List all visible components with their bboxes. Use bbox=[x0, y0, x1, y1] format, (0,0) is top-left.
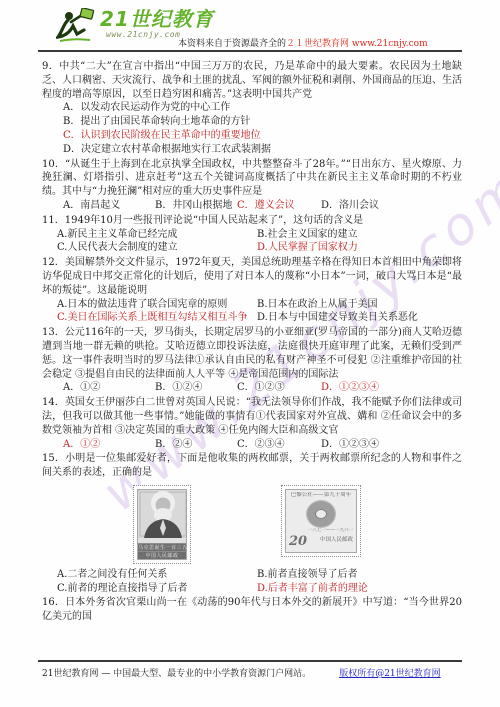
question-16: 16．日本外务省次官栗山尚一在《动荡的90年代与日本外交的新展开》中写道：“当今… bbox=[42, 596, 462, 624]
stamp-images: 马克思诞生一百三五周年 中国人民邮政 巴黎公社——第九十周年 一八七一——一九六… bbox=[42, 485, 462, 564]
question-15-options: A.二者之间没有任何关系 B.前者直接领导了后者 C.前者的理论直接指导了后者 … bbox=[42, 568, 462, 596]
question-number: 14． bbox=[42, 397, 65, 408]
question-number: 10． bbox=[42, 159, 65, 170]
question-text: 1949年10月一些报刊评论说“中国人民站起来了”，这句话的含义是 bbox=[65, 215, 363, 226]
question-text: 小明是一位集邮爱好者，下面是他收集的两枚邮票，关于两枚邮票所纪念的人物和事件之间… bbox=[42, 453, 462, 478]
question-11: 11．1949年10月一些报刊评论说“中国人民站起来了”，这句话的含义是 A.新… bbox=[42, 214, 462, 255]
wreath-emblem-icon bbox=[307, 501, 335, 527]
option-c: C．①②③ bbox=[237, 381, 321, 395]
stamp-marx-postal: 中国人民邮政 bbox=[138, 551, 186, 559]
option-b: B．井冈山根据地 bbox=[155, 199, 237, 213]
option-b: B.前者直接领导了后者 bbox=[257, 568, 462, 582]
option-b: B.社会主义国家的建立 bbox=[257, 228, 462, 242]
question-14-options: A．①② B．②④ C．②③④ D．①②③④ bbox=[42, 438, 462, 452]
option-c-answer: C．遵义会议 bbox=[237, 199, 321, 213]
question-number: 13． bbox=[42, 327, 65, 338]
question-13-stem: 13．公元116年的一天，罗马街头，长期定居罗马的小亚细亚(罗马帝国的一部分)商… bbox=[42, 326, 462, 381]
option-a: A．①② bbox=[63, 381, 155, 395]
question-list: 9．中共“二大”在宣言中指出“中国三万万的农民，乃是革命中的最大要素。农民因为土… bbox=[42, 60, 462, 625]
question-10: 10．“从诞生于上海到在北京执掌全国政权，中共整整奋斗了28年。”“日出东方、星… bbox=[42, 158, 462, 213]
option-b: B.日本在政治上从属于美国 bbox=[257, 298, 462, 312]
option-d: D.日本与中国建交导致美日关系恶化 bbox=[257, 311, 462, 325]
option-d-answer: D.后者丰富了前者的理论 bbox=[257, 582, 462, 596]
question-11-stem: 11．1949年10月一些报刊评论说“中国人民站起来了”，这句话的含义是 bbox=[42, 214, 462, 228]
question-13-options: A．①② B．①②④ C．①②③ D．①②③④ bbox=[42, 381, 462, 395]
option-a: A.二者之间没有任何关系 bbox=[57, 568, 257, 582]
runner-logo-icon bbox=[56, 8, 98, 46]
stamp-denomination: 20 bbox=[289, 535, 307, 548]
question-number: 9． bbox=[42, 61, 59, 72]
option-d-answer: D．①②③④ bbox=[321, 381, 462, 395]
question-text: 中共“二大”在宣言中指出“中国三万万的农民，乃是革命中的最大要素。农民因为土地缺… bbox=[42, 61, 462, 100]
option-a: A．以发动农民运动作为党的中心工作 bbox=[42, 101, 462, 115]
exam-page: www.21cnjy.com 21世纪教育 www.21cnjy.com 本资料… bbox=[0, 0, 500, 707]
option-b: B．①②④ bbox=[155, 381, 237, 395]
question-9-options: A．以发动农民运动作为党的中心工作 B．提出了由国民革命转向土地革命的方针 C．… bbox=[42, 101, 462, 156]
option-d-answer: D.人民掌握了国家权力 bbox=[257, 241, 462, 255]
notice-prefix: 本资料来自于资源最齐全的 bbox=[178, 39, 286, 49]
option-c: C．②③④ bbox=[237, 438, 321, 452]
question-10-stem: 10．“从诞生于上海到在北京执掌全国政权，中共整整奋斗了28年。”“日出东方、星… bbox=[42, 158, 462, 199]
question-12: 12．美国解禁外交文件显示，1972年夏天，美国总统助理基辛格在得知日本首相田中… bbox=[42, 256, 462, 325]
question-16-stem: 16．日本外务省次官栗山尚一在《动荡的90年代与日本外交的新展开》中写道：“当今… bbox=[42, 596, 462, 624]
option-d: D．决定建立农村革命根据地实行工农武装割据 bbox=[42, 143, 462, 157]
question-14-stem: 14．英国女王伊丽莎白二世曾对英国人民说：“我无法领导你们作战，我不能赋予你们法… bbox=[42, 396, 462, 437]
question-9: 9．中共“二大”在宣言中指出“中国三万万的农民，乃是革命中的最大要素。农民因为土… bbox=[42, 60, 462, 157]
question-15-stem: 15．小明是一位集邮爱好者，下面是他收集的两枚邮票，关于两枚邮票所纪念的人物和事… bbox=[42, 452, 462, 480]
stamp-marx-caption: 马克思诞生一百三五周年 bbox=[138, 543, 186, 551]
header-divider bbox=[38, 50, 462, 52]
option-b: B．提出了由国民革命转向土地革命的方针 bbox=[42, 115, 462, 129]
question-text: 美国解禁外交文件显示，1972年夏天，美国总统助理基辛格在得知日本首相田中角荣即… bbox=[42, 257, 462, 296]
option-d: D．洛川会议 bbox=[321, 199, 462, 213]
footer-copyright-link[interactable]: 版权所有@21世纪教育网 bbox=[339, 669, 440, 679]
question-number: 12． bbox=[42, 257, 65, 268]
option-d: D．①②③④ bbox=[321, 438, 462, 452]
question-text: 日本外务省次官栗山尚一在《动荡的90年代与日本外交的新展开》中写道：“当今世界2… bbox=[42, 597, 462, 622]
marx-portrait bbox=[138, 490, 187, 538]
option-a: A.日本的做法违背了联合国宪章的原则 bbox=[57, 298, 257, 312]
logo-text: 21世纪教育 www.21cnjy.com bbox=[100, 8, 214, 39]
option-c: C.前者的理论直接指导了后者 bbox=[57, 582, 257, 596]
option-b: B．②④ bbox=[155, 438, 237, 452]
question-10-options: A．南昌起义 B．井冈山根据地 C．遵义会议 D．洛川会议 bbox=[42, 199, 462, 213]
option-a: A.新民主主义革命已经完成 bbox=[57, 228, 257, 242]
question-12-options: A.日本的做法违背了联合国宪章的原则 B.日本在政治上从属于美国 C.美日在国际… bbox=[42, 298, 462, 326]
footer-site-text: 21世纪教育网 — 中国最大型、最专业的中小学教育资源门户网站。 bbox=[42, 669, 311, 679]
question-text: 公元116年的一天，罗马街头，长期定居罗马的小亚细亚(罗马帝国的一部分)商人艾哈… bbox=[42, 327, 462, 379]
question-number: 16． bbox=[42, 597, 65, 608]
question-12-stem: 12．美国解禁外交文件显示，1972年夏天，美国总统助理基辛格在得知日本首相田中… bbox=[42, 256, 462, 297]
question-15: 15．小明是一位集邮爱好者，下面是他收集的两枚邮票，关于两枚邮票所纪念的人物和事… bbox=[42, 452, 462, 595]
option-c-answer: C．认识到农民阶级在民主革命中的重要地位 bbox=[42, 129, 462, 143]
question-14: 14．英国女王伊丽莎白二世曾对英国人民说：“我无法领导你们作战，我不能赋予你们法… bbox=[42, 396, 462, 451]
question-text: “从诞生于上海到在北京执掌全国政权，中共整整奋斗了28年。”“日出东方、星火燎原… bbox=[42, 159, 462, 198]
logo-brand: 21世纪教育 bbox=[100, 8, 214, 30]
question-number: 11． bbox=[42, 215, 65, 226]
option-c-answer: C.美日在国际关系上既相互勾结又相互斗争 bbox=[57, 311, 257, 325]
header-notice: 本资料来自于资源最齐全的２１世纪教育网 www.21cnjy.com bbox=[178, 36, 428, 49]
stamp-commune-postal: 中国人民邮政 bbox=[320, 534, 353, 548]
question-number: 15． bbox=[42, 453, 65, 464]
page-header: 21世纪教育 www.21cnjy.com 本资料来自于资源最齐全的２１世纪教育… bbox=[56, 6, 462, 50]
option-c: C.人民代表大会制度的建立 bbox=[57, 241, 257, 255]
question-11-options: A.新民主主义革命已经完成 B.社会主义国家的建立 C.人民代表大会制度的建立 … bbox=[42, 228, 462, 256]
stamp-paris-commune: 巴黎公社——第九十周年 一八七一——一九六一 20 中国人民邮政 bbox=[281, 485, 361, 557]
footer-divider bbox=[38, 660, 462, 662]
question-9-stem: 9．中共“二大”在宣言中指出“中国三万万的农民，乃是革命中的最大要素。农民因为土… bbox=[42, 60, 462, 101]
option-a-answer: A．①② bbox=[63, 438, 155, 452]
stamp-commune-title: 巴黎公社——第九十周年 bbox=[289, 492, 353, 499]
question-text: 英国女王伊丽莎白二世曾对英国人民说：“我无法领导你们作战，我不能赋予你们法律或司… bbox=[42, 397, 462, 436]
option-a: A．南昌起义 bbox=[63, 199, 155, 213]
question-13: 13．公元116年的一天，罗马街头，长期定居罗马的小亚细亚(罗马帝国的一部分)商… bbox=[42, 326, 462, 395]
page-footer: 21世纪教育网 — 中国最大型、最专业的中小学教育资源门户网站。版权所有@21世… bbox=[42, 666, 462, 679]
stamp-marx: 马克思诞生一百三五周年 中国人民邮政 bbox=[133, 485, 191, 564]
notice-site-link[interactable]: ２１世纪教育网 www.21cnjy.com bbox=[286, 39, 428, 49]
